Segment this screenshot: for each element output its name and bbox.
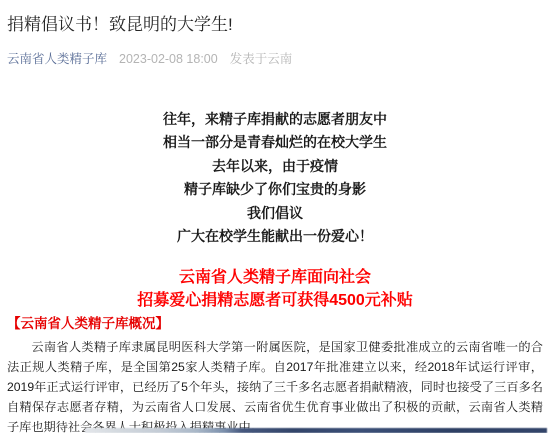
appeal-line: 往年，来精子库捐献的志愿者朋友中 bbox=[0, 108, 550, 131]
body-paragraph: 云南省人类精子库隶属昆明医科大学第一附属医院，是国家卫健委批准成立的云南省唯一的… bbox=[0, 337, 550, 433]
byline: 云南省人类精子库 2023-02-08 18:00 发表于云南 bbox=[0, 52, 550, 66]
section-header: 【云南省人类精子库概况】 bbox=[0, 315, 550, 333]
publish-location: 发表于云南 bbox=[230, 52, 293, 66]
publish-time: 2023-02-08 18:00 bbox=[119, 52, 218, 66]
article-image-top-edge[interactable] bbox=[85, 428, 547, 433]
recruitment-highlight-line: 招募爱心捐精志愿者可获得4500元补贴 bbox=[0, 289, 550, 312]
recruitment-highlight-block: 云南省人类精子库面向社会 招募爱心捐精志愿者可获得4500元补贴 bbox=[0, 266, 550, 312]
recruitment-highlight-line: 云南省人类精子库面向社会 bbox=[0, 266, 550, 289]
appeal-text-block: 往年，来精子库捐献的志愿者朋友中 相当一部分是青春灿烂的在校大学生 去年以来，由… bbox=[0, 108, 550, 248]
appeal-line: 精子库缺少了你们宝贵的身影 bbox=[0, 178, 550, 201]
appeal-line: 广大在校学生能献出一份爱心！ bbox=[0, 225, 550, 248]
appeal-line: 去年以来，由于疫情 bbox=[0, 155, 550, 178]
appeal-line: 相当一部分是青春灿烂的在校大学生 bbox=[0, 131, 550, 154]
appeal-line: 我们倡议 bbox=[0, 202, 550, 225]
page-title: 捐精倡议书！致昆明的大学生! bbox=[0, 0, 550, 36]
account-name-link[interactable]: 云南省人类精子库 bbox=[7, 52, 107, 66]
